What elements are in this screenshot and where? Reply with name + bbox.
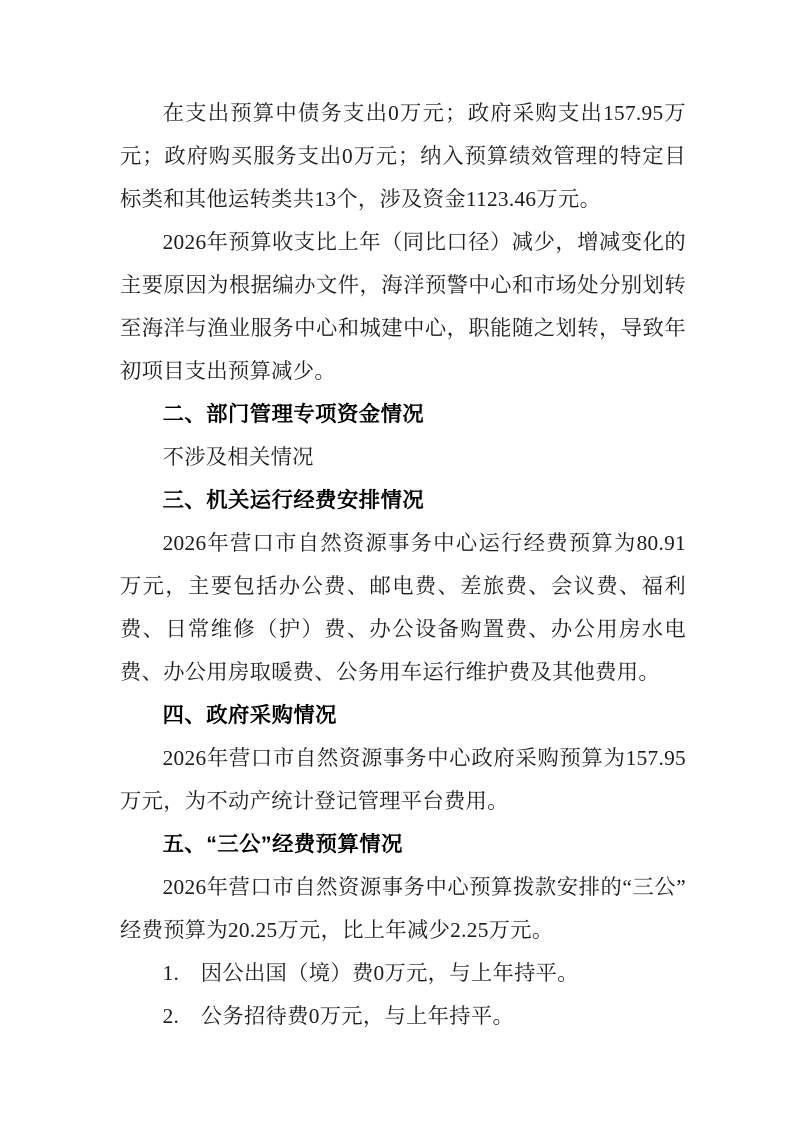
paragraph-budget-change-reason: 2026年预算收支比上年（同比口径）减少，增减变化的主要原因为根据编办文件，海洋… <box>120 221 686 393</box>
paragraph-section-4-procurement-detail: 2026年营口市自然资源事务中心政府采购预算为157.95万元，为不动产统计登记… <box>120 737 686 823</box>
heading-section-5-three-public-expenses: 五、“三公”经费预算情况 <box>120 823 686 866</box>
paragraph-section-2-not-applicable: 不涉及相关情况 <box>120 436 686 479</box>
document-page: 在支出预算中债务支出0万元；政府采购支出157.95万元；政府购买服务支出0万元… <box>0 0 793 1122</box>
paragraph-section-3-operating-expenses-detail: 2026年营口市自然资源事务中心运行经费预算为80.91万元，主要包括办公费、邮… <box>120 522 686 694</box>
paragraph-expenditure-breakdown: 在支出预算中债务支出0万元；政府采购支出157.95万元；政府购买服务支出0万元… <box>120 92 686 221</box>
list-item-official-reception-expense: 2. 公务招待费0万元，与上年持平。 <box>120 995 686 1038</box>
heading-section-3-operating-expenses: 三、机关运行经费安排情况 <box>120 479 686 522</box>
paragraph-section-5-three-public-detail: 2026年营口市自然资源事务中心预算拨款安排的“三公”经费预算为20.25万元，… <box>120 866 686 952</box>
list-item-overseas-travel-expense: 1. 因公出国（境）费0万元，与上年持平。 <box>120 952 686 995</box>
heading-section-2-special-funds: 二、部门管理专项资金情况 <box>120 393 686 436</box>
heading-section-4-government-procurement: 四、政府采购情况 <box>120 694 686 737</box>
